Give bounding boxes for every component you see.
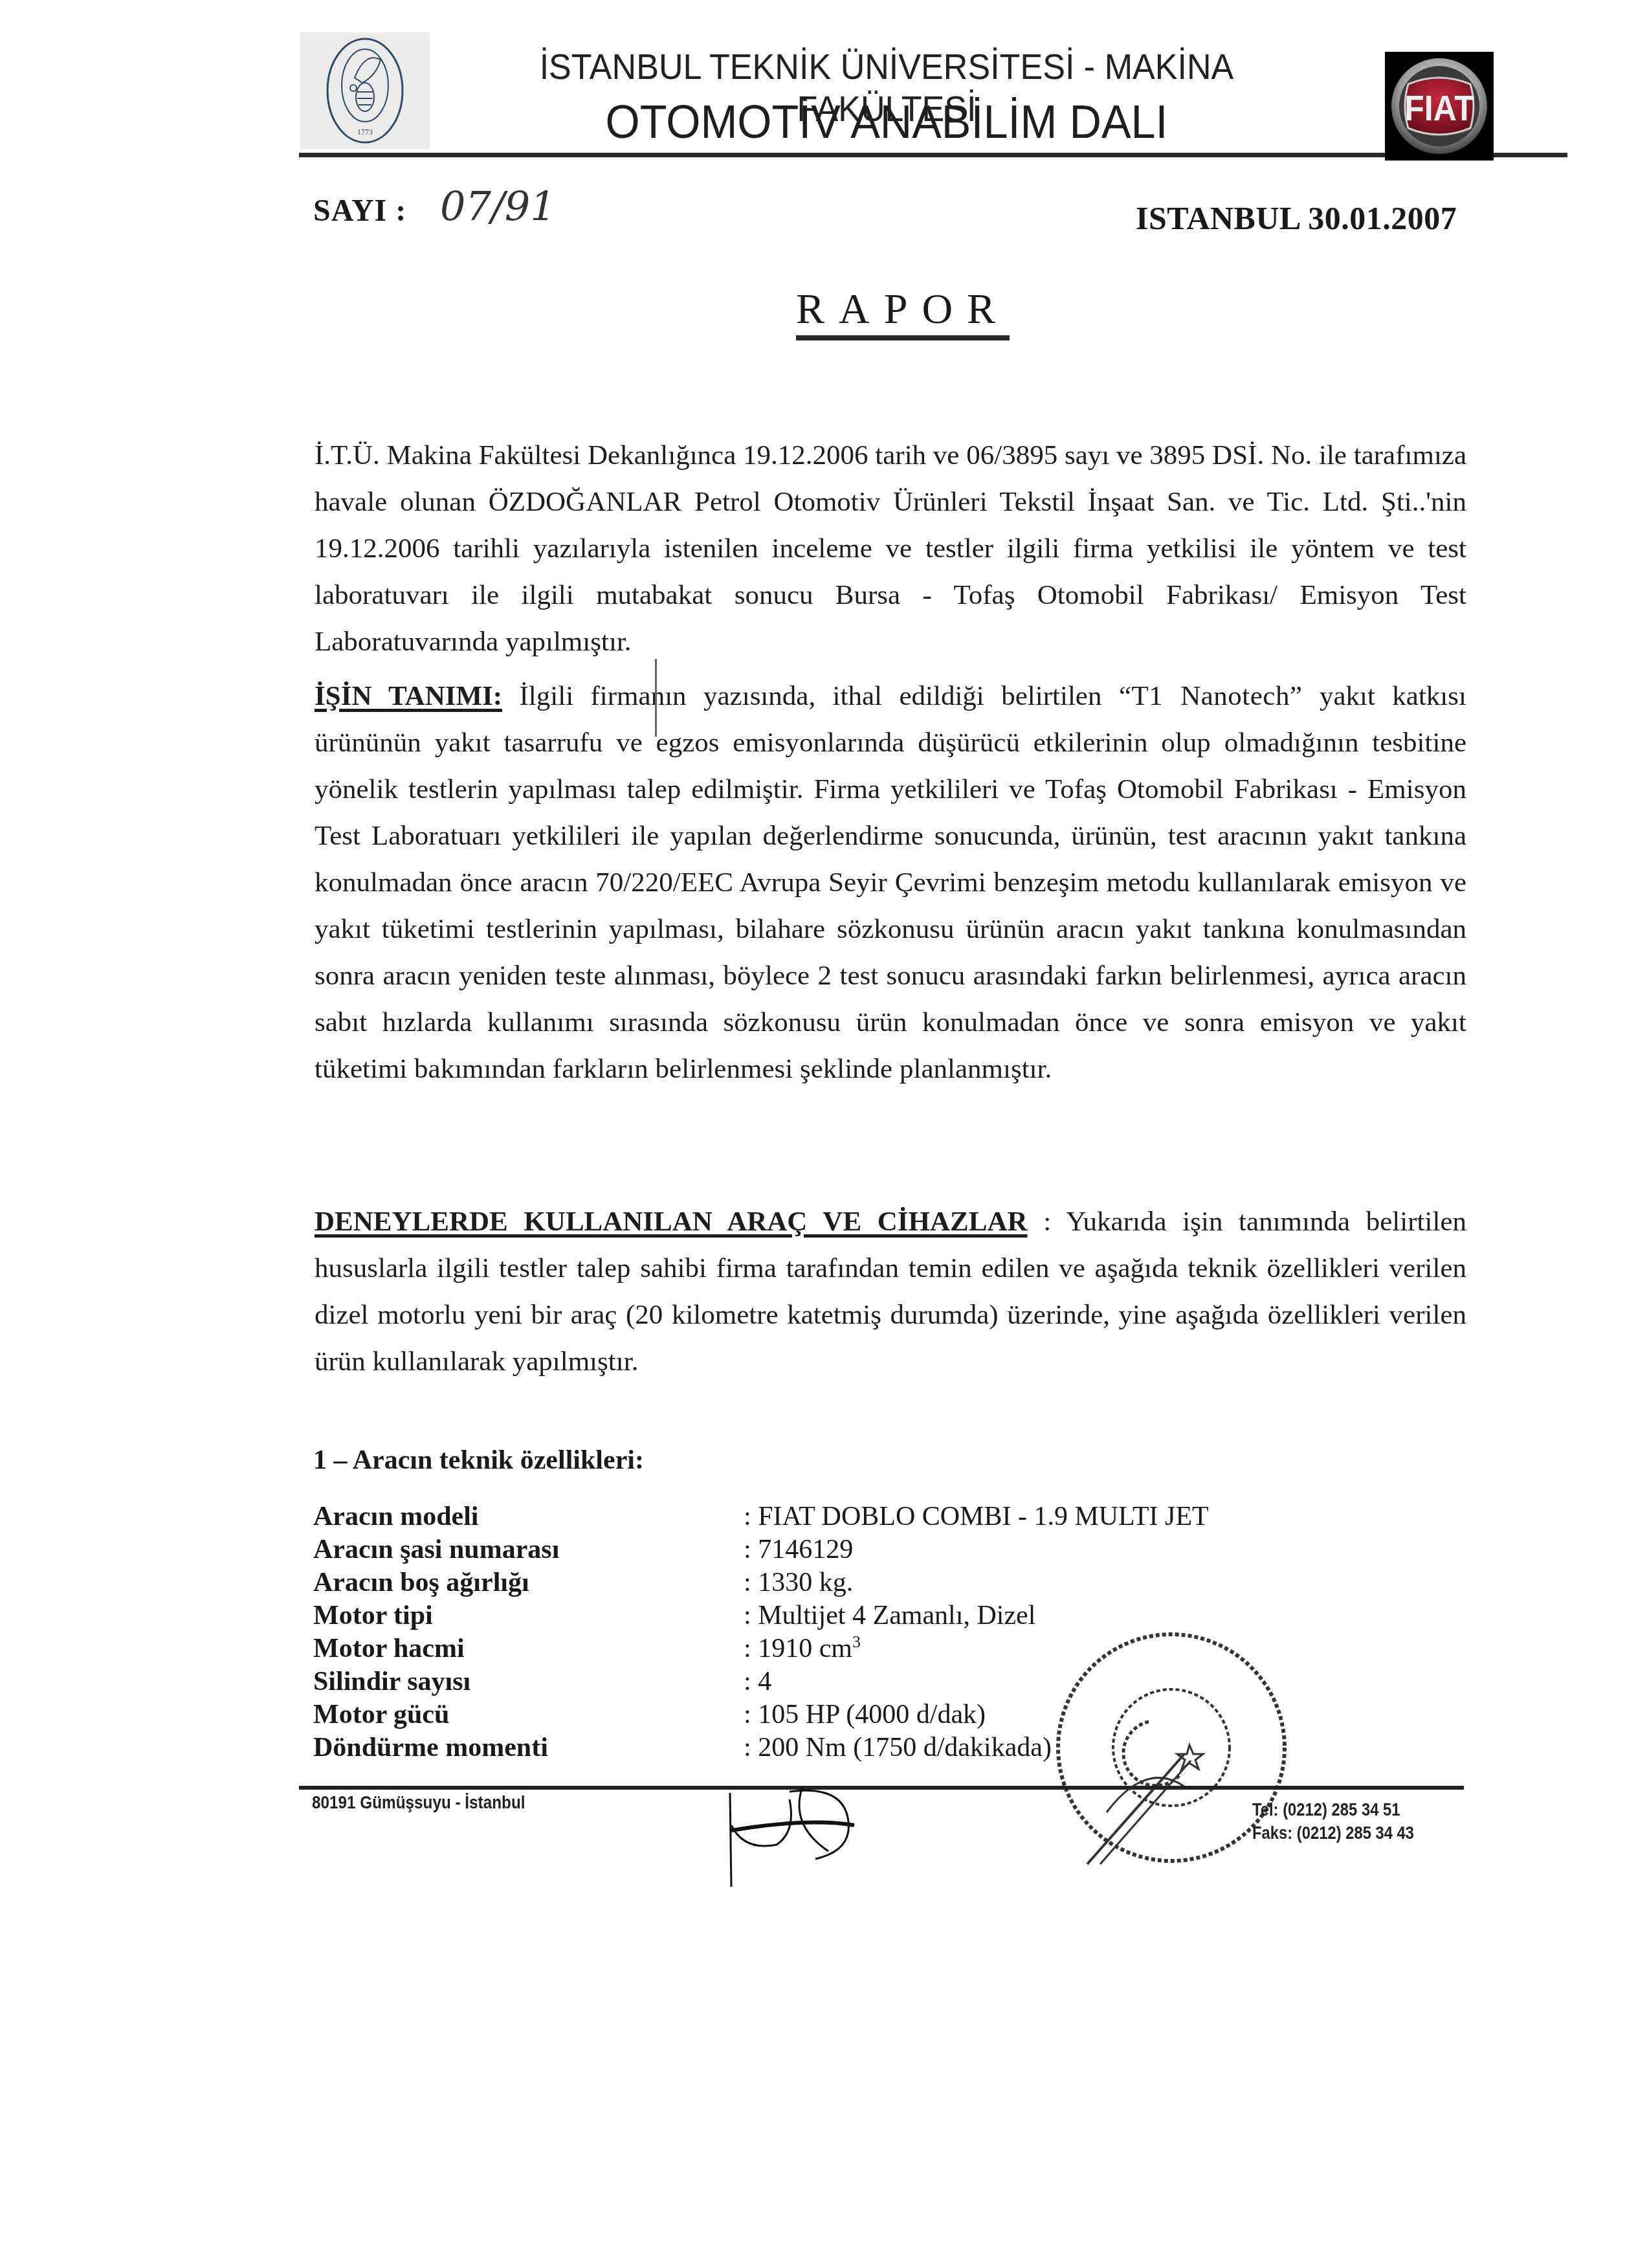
equipment-paragraph: DENEYLERDE KULLANILAN ARAÇ VE CİHAZLAR :… [315, 1199, 1466, 1385]
spec-label: Motor hacmi [313, 1632, 744, 1665]
department-name: OTOMOTİV ANABİLİM DALI [438, 96, 1336, 149]
spec-value: : 1330 kg. [744, 1566, 1209, 1599]
itu-bee-seal-icon: 1773 [300, 32, 430, 149]
equipment-heading: DENEYLERDE KULLANILAN ARAÇ VE CİHAZLAR [315, 1206, 1028, 1237]
spec-label: Motor tipi [313, 1599, 744, 1632]
handwritten-signature-icon [725, 1773, 919, 1890]
document-title: RAPOR [796, 285, 1010, 340]
footer-phone: Tel: (0212) 285 34 51 [1252, 1798, 1414, 1821]
footer-contact: Tel: (0212) 285 34 51 Faks: (0212) 285 3… [1252, 1798, 1414, 1845]
reference-number-label: SAYI : [313, 193, 406, 228]
footer-address: 80191 Gümüşsuyu - İstanbul [312, 1793, 525, 1813]
spec-label: Aracın boş ağırlığı [313, 1566, 744, 1599]
spec-label: Aracın modeli [313, 1500, 744, 1533]
job-definition-text-1: İlgili firmanın yazısında, ithal edildiğ… [502, 681, 1119, 711]
svg-text:FIAT: FIAT [1404, 88, 1474, 128]
specs-heading: 1 – Aracın teknik özellikleri: [313, 1445, 644, 1476]
spec-value: : 7146129 [744, 1533, 1209, 1566]
spec-label: Motor gücü [313, 1698, 744, 1731]
intro-text: İ.T.Ü. Makina Fakültesi Dekanlığınca 19.… [315, 432, 1466, 665]
svg-text:1773: 1773 [357, 128, 373, 137]
spec-label: Döndürme momenti [313, 1731, 744, 1764]
footer-fax: Faks: (0212) 285 34 43 [1252, 1821, 1414, 1845]
document-date: ISTANBUL 30.01.2007 [1136, 199, 1457, 237]
fiat-badge-icon: FIAT [1385, 52, 1494, 161]
spec-label: Silindir sayısı [313, 1665, 744, 1698]
spec-row: Aracın boş ağırlığı: 1330 kg. [313, 1566, 1209, 1599]
spec-label: Aracın şasi numarası [313, 1533, 744, 1566]
product-name: “T1 Nanotech” [1119, 681, 1303, 711]
scan-artifact-line [655, 659, 657, 737]
job-definition-paragraph: İŞİN TANIMI: İlgili firmanın yazısında, … [315, 673, 1466, 1093]
reference-number-handwritten: 07/91 [440, 183, 556, 230]
job-definition-text-2: yakıt katkısı ürününün yakıt tasarrufu v… [315, 681, 1466, 1084]
job-definition-heading: İŞİN TANIMI: [315, 681, 502, 711]
header-divider [299, 153, 1567, 157]
intro-paragraph: İ.T.Ü. Makina Fakültesi Dekanlığınca 19.… [315, 386, 1466, 665]
spec-value: : FIAT DOBLO COMBI - 1.9 MULTI JET [744, 1500, 1209, 1533]
itu-logo: 1773 [300, 32, 430, 149]
fiat-logo: FIAT [1385, 52, 1494, 161]
spec-row: Aracın modeli: FIAT DOBLO COMBI - 1.9 MU… [313, 1500, 1209, 1533]
spec-row: Aracın şasi numarası: 7146129 [313, 1533, 1209, 1566]
